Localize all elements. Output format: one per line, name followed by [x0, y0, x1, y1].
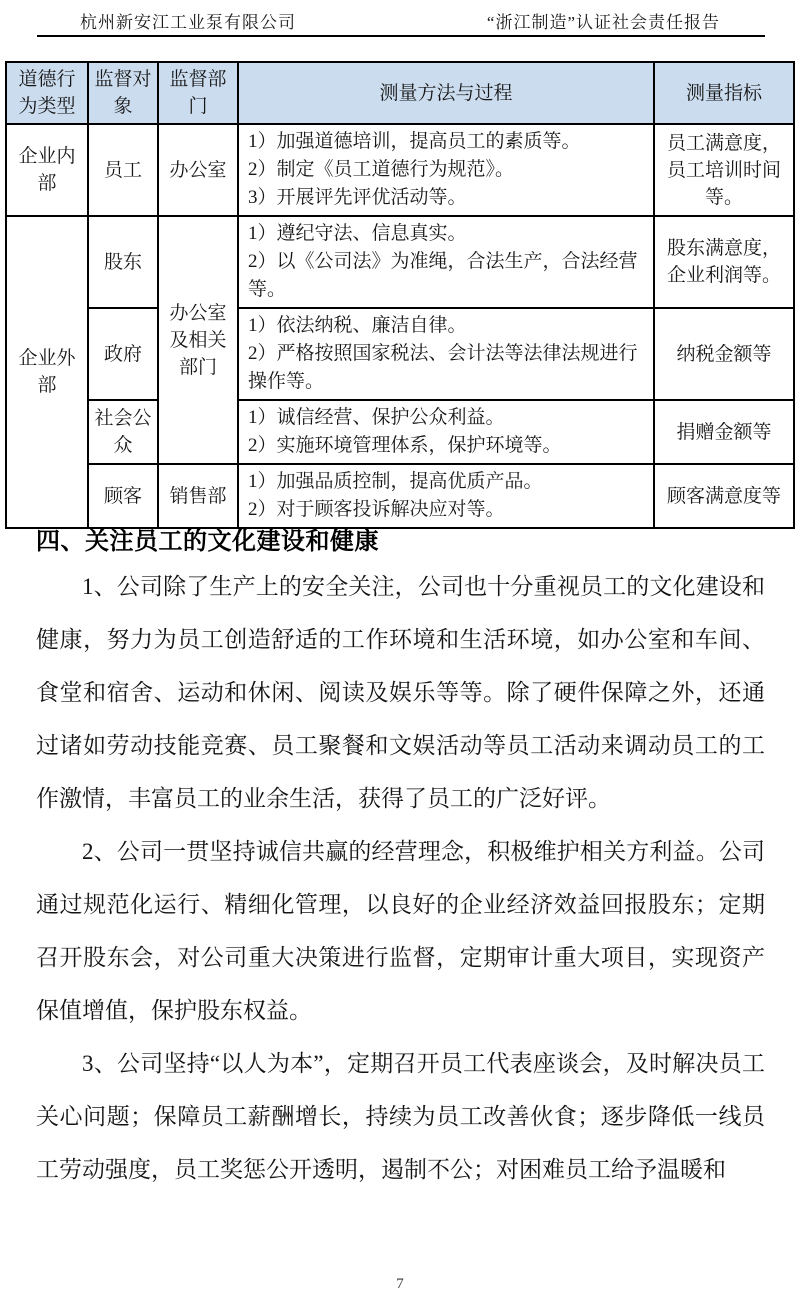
- cell-indicators: 员工满意度，员工培训时间等。: [654, 124, 794, 216]
- ethics-supervision-table: 道德行为类型 监督对象 监督部门 测量方法与过程 测量指标 企业内部 员工 办公…: [5, 61, 795, 529]
- cell-indicators: 捐赠金额等: [654, 400, 794, 464]
- cell-methods: 1）依法纳税、廉洁自律。 2）严格按照国家税法、会计法等法律法规进行操作等。: [238, 308, 654, 400]
- cell-methods: 1）遵纪守法、信息真实。 2）以《公司法》为准绳，合法生产，合法经营等。: [238, 216, 654, 308]
- section-body: 1、公司除了生产上的安全关注，公司也十分重视员工的文化建设和健康，努力为员工创造…: [36, 560, 765, 1196]
- header-report-title: “浙江制造”认证社会责任报告: [487, 8, 720, 33]
- cell-dept: 办公室: [158, 124, 238, 216]
- col-header-supervised-object: 监督对象: [88, 62, 158, 124]
- col-header-ethic-type: 道德行为类型: [6, 62, 88, 124]
- cell-indicators: 股东满意度，企业利润等。: [654, 216, 794, 308]
- paragraph-1: 1、公司除了生产上的安全关注，公司也十分重视员工的文化建设和健康，努力为员工创造…: [36, 560, 765, 825]
- cell-methods: 1）诚信经营、保护公众利益。 2）实施环境管理体系，保护环境等。: [238, 400, 654, 464]
- paragraph-3: 3、公司坚持“以人为本”，定期召开员工代表座谈会，及时解决员工关心问题；保障员工…: [36, 1037, 765, 1196]
- table-header-row: 道德行为类型 监督对象 监督部门 测量方法与过程 测量指标: [6, 62, 794, 124]
- col-header-measurement-method: 测量方法与过程: [238, 62, 654, 124]
- cell-type-external: 企业外部: [6, 216, 88, 528]
- table-row: 政府 1）依法纳税、廉洁自律。 2）严格按照国家税法、会计法等法律法规进行操作等…: [6, 308, 794, 400]
- running-header: 杭州新安江工业泵有限公司 “浙江制造”认证社会责任报告: [80, 8, 720, 33]
- col-header-supervising-dept: 监督部门: [158, 62, 238, 124]
- header-divider: [37, 35, 765, 37]
- cell-dept-shared: 办公室及相关部门: [158, 216, 238, 464]
- section-heading: 四、关注员工的文化建设和健康: [36, 521, 379, 556]
- paragraph-2: 2、公司一贯坚持诚信共赢的经营理念，积极维护相关方利益。公司通过规范化运行、精细…: [36, 825, 765, 1037]
- cell-target: 股东: [88, 216, 158, 308]
- table-row: 企业内部 员工 办公室 1）加强道德培训，提高员工的素质等。 2）制定《员工道德…: [6, 124, 794, 216]
- table-row: 社会公众 1）诚信经营、保护公众利益。 2）实施环境管理体系，保护环境等。 捐赠…: [6, 400, 794, 464]
- cell-indicators: 纳税金额等: [654, 308, 794, 400]
- cell-target: 政府: [88, 308, 158, 400]
- header-company-name: 杭州新安江工业泵有限公司: [80, 8, 296, 33]
- col-header-measurement-indicator: 测量指标: [654, 62, 794, 124]
- cell-methods: 1）加强道德培训，提高员工的素质等。 2）制定《员工道德行为规范》。 3）开展评…: [238, 124, 654, 216]
- cell-dept: 销售部: [158, 464, 238, 528]
- cell-target: 顾客: [88, 464, 158, 528]
- table-row: 企业外部 股东 办公室及相关部门 1）遵纪守法、信息真实。 2）以《公司法》为准…: [6, 216, 794, 308]
- cell-indicators: 顾客满意度等: [654, 464, 794, 528]
- cell-target: 员工: [88, 124, 158, 216]
- cell-methods: 1）加强品质控制，提高优质产品。 2）对于顾客投诉解决应对等。: [238, 464, 654, 528]
- page-number: 7: [0, 1276, 800, 1293]
- table-row: 顾客 销售部 1）加强品质控制，提高优质产品。 2）对于顾客投诉解决应对等。 顾…: [6, 464, 794, 528]
- cell-target: 社会公众: [88, 400, 158, 464]
- cell-type-internal: 企业内部: [6, 124, 88, 216]
